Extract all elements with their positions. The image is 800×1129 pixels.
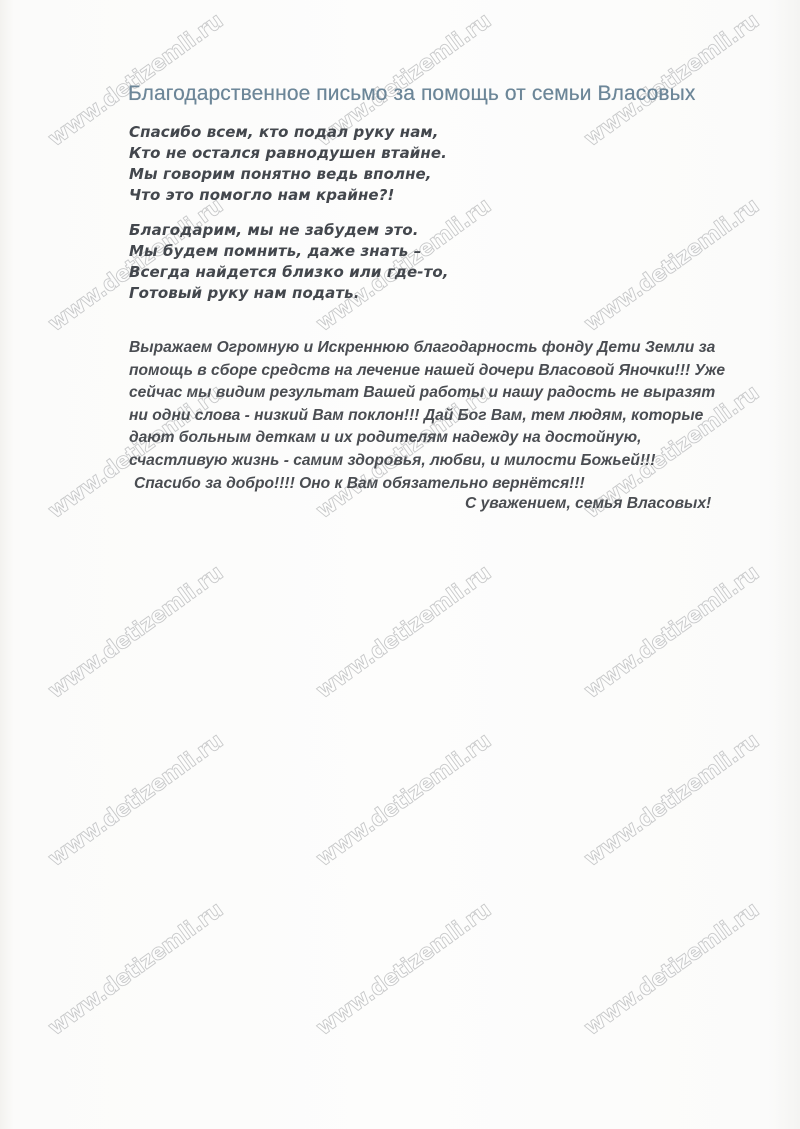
letter-title: Благодарственное письмо за помощь от сем… xyxy=(128,82,695,106)
poem-line: Спасибо всем, кто подал руку нам, xyxy=(129,122,447,143)
letter-line: ни одни слова - низкий Вам поклон!!! Дай… xyxy=(129,405,769,428)
poem-line: Благодарим, мы не забудем это. xyxy=(129,220,449,241)
poem-stanza-1: Спасибо всем, кто подал руку нам, Кто не… xyxy=(129,122,447,206)
poem-line: Кто не остался равнодушен втайне. xyxy=(129,143,447,164)
poem-line: Что это помогло нам крайне?! xyxy=(129,185,447,206)
letter-signature: С уважением, семья Власовых! xyxy=(465,495,711,513)
poem-line: Мы говорим понятно ведь вполне, xyxy=(129,164,447,185)
letter-body: Выражаем Огромную и Искреннюю благодарно… xyxy=(129,337,769,495)
poem-line: Мы будем помнить, даже знать – xyxy=(129,241,449,262)
letter-line: сейчас мы видим результат Вашей работы и… xyxy=(129,382,769,405)
letter-line: Спасибо за добро!!!! Оно к Вам обязатель… xyxy=(129,473,769,496)
poem-line: Всегда найдется близко или где-то, xyxy=(129,262,449,283)
letter-line: Выражаем Огромную и Искреннюю благодарно… xyxy=(129,337,769,360)
letter-line: дают больным деткам и их родителям надеж… xyxy=(129,427,769,450)
poem-stanza-2: Благодарим, мы не забудем это. Мы будем … xyxy=(129,220,449,304)
poem-line: Готовый руку нам подать. xyxy=(129,283,449,304)
letter-line: счастливую жизнь - самим здоровья, любви… xyxy=(129,450,769,473)
letter-line: помощь в сборе средств на лечение нашей … xyxy=(129,360,769,383)
